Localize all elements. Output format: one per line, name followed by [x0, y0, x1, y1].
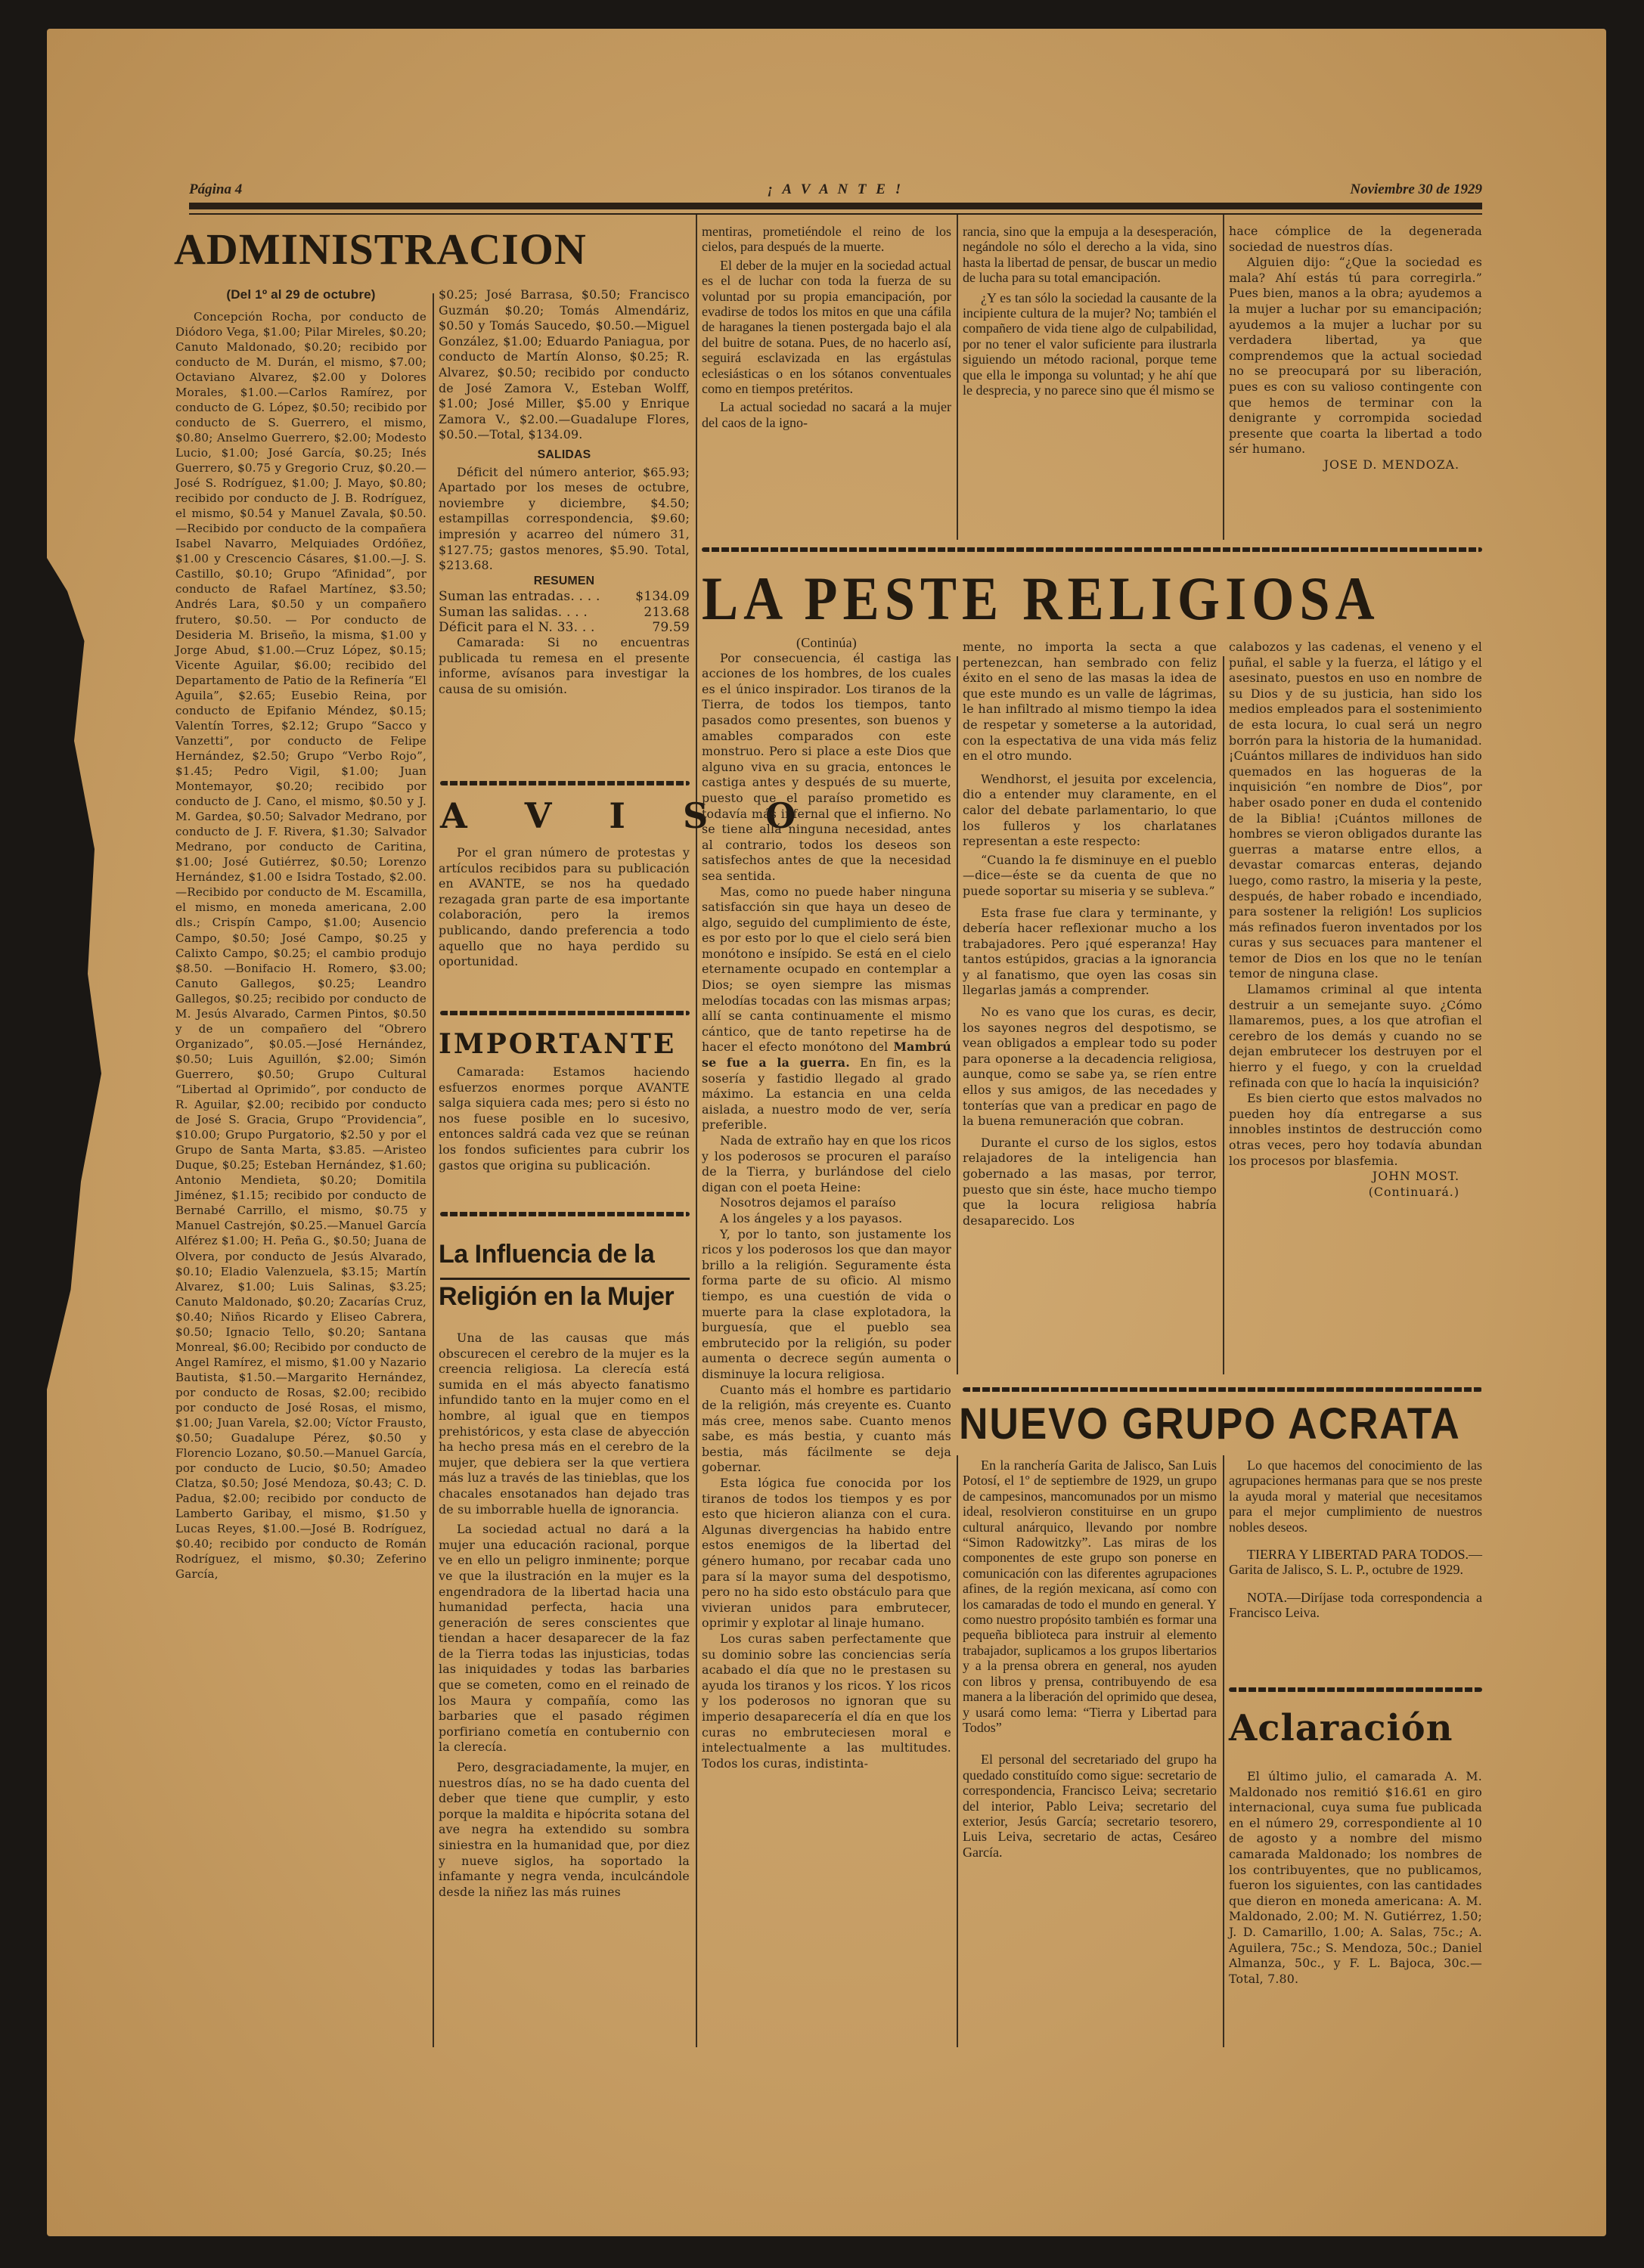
influencia-paragraph: ¿Y es tan sólo la sociedad la causante d… — [963, 290, 1217, 398]
peste-col2: mente, no importa la secta a que pertene… — [963, 640, 1217, 1228]
nuevo-grupo-paragraph: En la ranchería Garita de Jalisco, San L… — [963, 1458, 1217, 1735]
peste-paragraph: Esta lógica fue conocida por los tiranos… — [702, 1476, 951, 1631]
nuevo-grupo-paragraph: El personal del secretariado del grupo h… — [963, 1752, 1217, 1860]
author-signature: JOHN MOST. — [1229, 1169, 1482, 1185]
author-signature: JOSE D. MENDOZA. — [1229, 457, 1482, 473]
section-divider — [440, 1212, 690, 1216]
resumen-title: RESUMEN — [439, 574, 690, 590]
peste-paragraph: Durante el curso de los siglos, estos re… — [963, 1136, 1217, 1229]
peste-paragraph: Y, por lo tanto, son justamente los rico… — [702, 1227, 951, 1383]
masthead: Página 4 ¡ A V A N T E ! Noviembre 30 de… — [189, 181, 1482, 200]
column-divider — [696, 215, 697, 2047]
verse-line: Nosotros dejamos el paraíso — [702, 1195, 951, 1211]
administracion-period: (Del 1º al 29 de octubre) — [175, 287, 427, 303]
influencia-paragraph: Pero, desgraciadamente, la mujer, en nue… — [439, 1760, 690, 1900]
column-divider — [1223, 656, 1224, 1374]
influencia-col2: mentiras, prometiéndole el reino de los … — [702, 224, 951, 430]
masthead-rule — [189, 203, 1482, 209]
masthead-rule-thin — [189, 213, 1482, 215]
nuevo-grupo-nota: NOTA.—Diríjase toda correspondencia a Fr… — [1229, 1590, 1482, 1621]
resumen-row: Déficit para el N. 33. . .79.59 — [439, 620, 690, 635]
peste-paragraph: No es vano que los curas, es decir, los … — [963, 1005, 1217, 1129]
resumen-table: Suman las entradas. . . .$134.09 Suman l… — [439, 589, 690, 635]
resumen-label: Suman las salidas. . . . — [439, 605, 627, 620]
administracion-title: ADMINISTRACION — [174, 224, 587, 274]
resumen-label: Suman las entradas. . . . — [439, 589, 627, 604]
continua-label: (Continúa) — [702, 635, 951, 651]
influencia-col1: Una de las causas que más obscurecen el … — [439, 1331, 690, 1900]
column-divider — [957, 1455, 958, 2047]
administracion-col2: $0.25; José Barrasa, $0.50; Francisco Gu… — [439, 287, 690, 698]
newspaper-title: ¡ A V A N T E ! — [189, 181, 1482, 198]
peste-col3: calabozos y las cadenas, el veneno y el … — [1229, 640, 1482, 1200]
aviso-text: Por el gran número de protestas y artícu… — [439, 845, 690, 970]
peste-paragraph: Llamamos criminal al que intenta destrui… — [1229, 982, 1482, 1091]
peste-paragraph: mente, no importa la secta a que pertene… — [963, 640, 1217, 764]
peste-paragraph: Por consecuencia, él castiga las accione… — [702, 651, 951, 885]
entradas-cont: $0.25; José Barrasa, $0.50; Francisco Gu… — [439, 287, 690, 443]
peste-paragraph: Esta frase fue clara y terminante, y deb… — [963, 906, 1217, 999]
column-divider — [1223, 1455, 1224, 1705]
influencia-col3: rancia, sino que la empuja a la desesper… — [963, 224, 1217, 398]
column-divider — [1223, 1705, 1224, 2047]
section-divider — [440, 781, 690, 785]
importante-body: Camarada: Estamos haciendo esfuerzos eno… — [439, 1064, 690, 1173]
influencia-title-line1: La Influencia de la — [439, 1240, 654, 1269]
title-rule — [440, 1278, 690, 1280]
salidas-body: Déficit del número anterior, $65.93; Apa… — [439, 465, 690, 574]
administracion-nota: Camarada: Si no encuentras publicada tu … — [439, 635, 690, 697]
entradas-list: Concepción Rocha, por conducto de Diódor… — [175, 309, 427, 1582]
influencia-paragraph: El deber de la mujer en la sociedad actu… — [702, 258, 951, 397]
importante-title: IMPORTANTE — [439, 1028, 676, 1060]
column-divider — [957, 656, 958, 1374]
influencia-paragraph: La sociedad actual no dará a la mujer un… — [439, 1522, 690, 1755]
peste-text: Mas, como no puede haber ninguna satisfa… — [702, 885, 951, 1055]
peste-quote: “Cuando la fe disminuye en el pueblo—dic… — [963, 853, 1217, 900]
issue-date: Noviembre 30 de 1929 — [1350, 181, 1482, 198]
section-divider — [702, 547, 1482, 552]
influencia-col4: hace cómplice de la degenerada sociedad … — [1229, 224, 1482, 473]
section-divider — [963, 1387, 1482, 1392]
influencia-title-line2: Religión en la Mujer — [439, 1282, 674, 1312]
peste-paragraph: calabozos y las cadenas, el veneno y el … — [1229, 640, 1482, 982]
continuara-label: (Continuará.) — [1229, 1185, 1482, 1201]
importante-text: Camarada: Estamos haciendo esfuerzos eno… — [439, 1064, 690, 1173]
peste-paragraph: Cuanto más el hombre es partidario de la… — [702, 1383, 951, 1476]
peste-title: LA PESTE RELIGIOSA — [702, 563, 1380, 634]
nuevo-grupo-motto: TIERRA Y LIBERTAD PARA TODOS.—Garita de … — [1229, 1547, 1482, 1578]
column-divider — [1223, 215, 1224, 540]
column-divider — [433, 293, 434, 2047]
peste-paragraph: Wendhorst, el jesuita por excelencia, di… — [963, 772, 1217, 850]
resumen-value: 79.59 — [627, 620, 690, 635]
influencia-paragraph: mentiras, prometiéndole el reino de los … — [702, 224, 951, 255]
administracion-col1: (Del 1º al 29 de octubre) Concepción Roc… — [175, 287, 427, 1582]
influencia-paragraph: La actual sociedad no sacará a la mujer … — [702, 399, 951, 430]
aclaracion-title: Aclaración — [1229, 1707, 1453, 1749]
resumen-label: Déficit para el N. 33. . . — [439, 620, 627, 635]
nuevo-grupo-col1: En la ranchería Garita de Jalisco, San L… — [963, 1458, 1217, 1860]
section-divider — [1229, 1687, 1482, 1692]
resumen-row: Suman las entradas. . . .$134.09 — [439, 589, 690, 604]
nuevo-grupo-title: NUEVO GRUPO ACRATA — [959, 1399, 1461, 1449]
aclaracion-text: El último julio, el camarada A. M. Maldo… — [1229, 1769, 1482, 1987]
verse-line: A los ángeles y a los payasos. — [702, 1211, 951, 1227]
column-divider — [957, 215, 958, 540]
influencia-paragraph: rancia, sino que la empuja a la desesper… — [963, 224, 1217, 286]
nuevo-grupo-paragraph: Lo que hacemos del conocimiento de las a… — [1229, 1458, 1482, 1535]
resumen-value: 213.68 — [627, 605, 690, 620]
influencia-paragraph: Una de las causas que más obscurecen el … — [439, 1331, 690, 1517]
salidas-title: SALIDAS — [439, 448, 690, 463]
influencia-paragraph: Alguien dijo: “¿Que la sociedad es mala?… — [1229, 255, 1482, 457]
nuevo-grupo-col2: Lo que hacemos del conocimiento de las a… — [1229, 1458, 1482, 1621]
peste-paragraph: Los curas saben perfectamente que su dom… — [702, 1631, 951, 1771]
influencia-paragraph: hace cómplice de la degenerada sociedad … — [1229, 224, 1482, 255]
peste-paragraph: Es bien cierto que estos malvados no pue… — [1229, 1091, 1482, 1169]
aviso-body: Por el gran número de protestas y artícu… — [439, 845, 690, 970]
aclaracion-body: El último julio, el camarada A. M. Maldo… — [1229, 1769, 1482, 1987]
resumen-value: $134.09 — [627, 589, 690, 604]
resumen-row: Suman las salidas. . . .213.68 — [439, 605, 690, 620]
peste-paragraph: Mas, como no puede haber ninguna satisfa… — [702, 885, 951, 1134]
peste-col1: (Continúa) Por consecuencia, él castiga … — [702, 635, 951, 1771]
section-divider — [440, 1011, 690, 1015]
peste-paragraph: Nada de extraño hay en que los ricos y l… — [702, 1133, 951, 1195]
